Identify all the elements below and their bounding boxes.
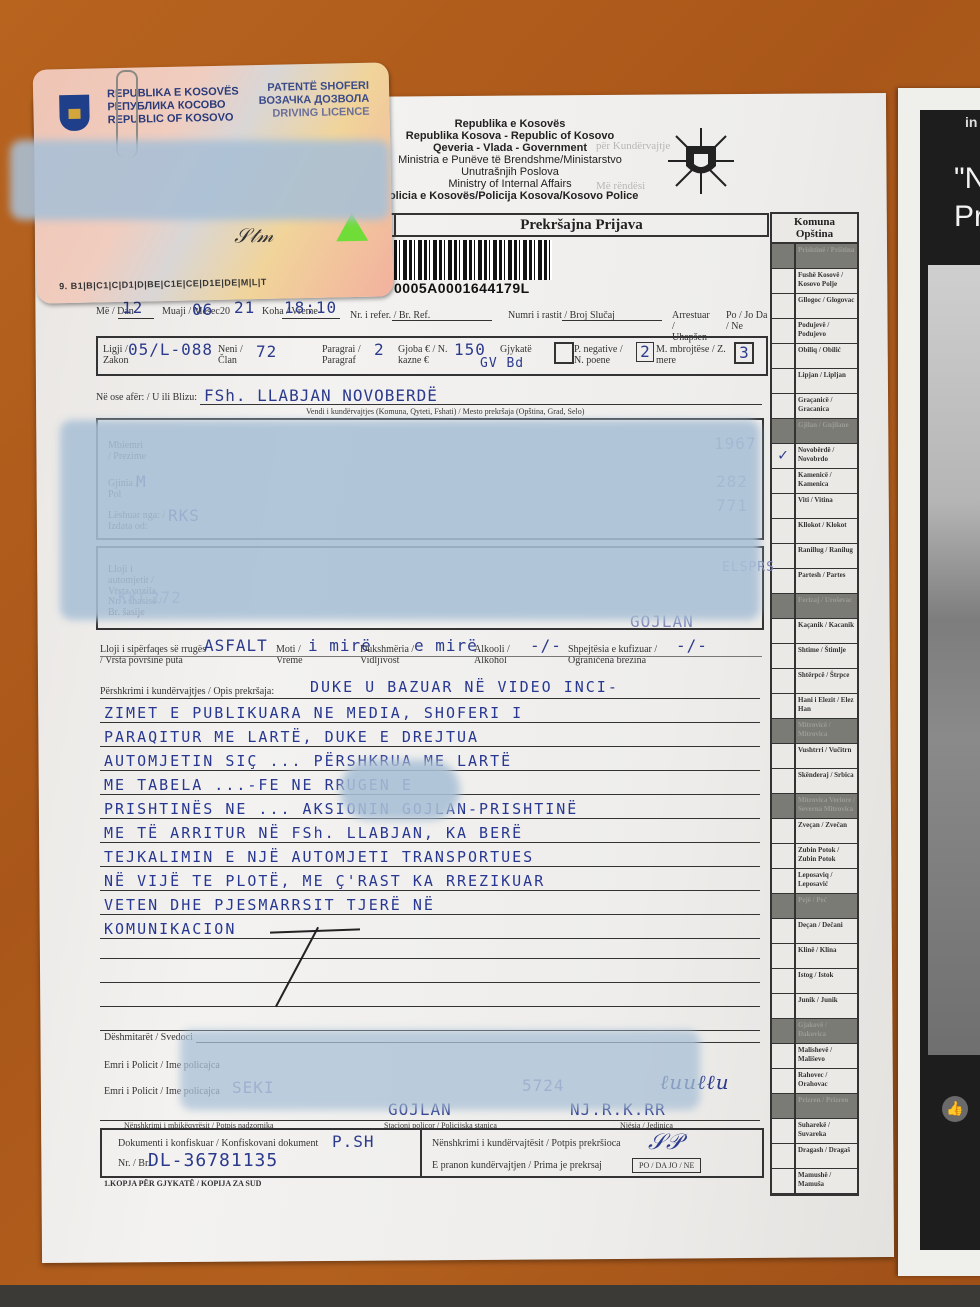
location-value[interactable]: FSh. LLABJAN NOVOBERDË — [204, 386, 438, 405]
description-line: AUTOMJETIN SIÇ ... PËRSHKRUA ME LARTË — [104, 752, 512, 770]
municipality-checkbox[interactable] — [772, 594, 796, 618]
municipality-name: Skënderaj / Srbica — [796, 769, 857, 793]
municipality-row[interactable]: Lipjan / Lipljan — [772, 369, 857, 394]
municipality-name: Graçanicë / Gracanica — [796, 394, 857, 418]
municipality-checkbox[interactable] — [772, 919, 796, 943]
municipality-checkbox[interactable] — [772, 819, 796, 843]
municipality-checkbox[interactable] — [772, 869, 796, 893]
card-title: PATENTË SHOFERI ВОЗАЧКА ДОЗВОЛА DRIVING … — [247, 80, 370, 122]
alcohol-label: Alkooli / Alkohol — [474, 644, 514, 666]
municipality-row[interactable]: Graçanicë / Gracanica — [772, 394, 857, 419]
municipality-checkbox[interactable] — [772, 344, 796, 368]
municipality-checkbox[interactable] — [772, 744, 796, 768]
municipality-row[interactable]: Deçan / Dečani — [772, 919, 857, 944]
municipality-row[interactable]: Pejë / Peć — [772, 894, 857, 919]
municipality-row[interactable]: Mitrovicë / Mitrovica — [772, 719, 857, 744]
municipality-name: Mitrovicë / Mitrovica — [796, 719, 857, 743]
municipality-checkbox[interactable] — [772, 544, 796, 568]
description-line: NË VIJË TE PLOTË, ME Ç'RAST KA RREZIKUAR — [104, 872, 545, 890]
card-signature: 𝒮𝓉𝓂 — [234, 223, 274, 248]
paragraph-value[interactable]: 2 — [374, 340, 385, 359]
arrested-yes-no[interactable]: Po / Jo Da / Ne — [726, 310, 770, 332]
redaction-blur — [60, 420, 760, 620]
licence-categories: 9. B1|B|C1|C|D1|D|BE|C1E|CE|D1E|DE|M|L|T — [59, 277, 267, 291]
municipality-checkbox[interactable] — [772, 1044, 796, 1068]
measures-value[interactable]: 3 — [734, 342, 754, 364]
municipality-name: Suharekë / Suvareka — [796, 1119, 857, 1143]
municipality-name: Fushë Kosovë / Kosovo Polje — [796, 269, 857, 293]
municipality-name: Ranillug / Ranilug — [796, 544, 857, 568]
description-line: VETEN DHE PJESMARRSIT TJERË NË — [104, 896, 435, 914]
municipality-name: Mamushë / Mamuša — [796, 1169, 857, 1193]
municipality-name: Ferizaj / Uroševac — [796, 594, 857, 618]
municipality-checkbox[interactable]: ✓ — [772, 444, 796, 468]
article-value[interactable]: 72 — [256, 342, 277, 361]
side-headline: "N Pr — [954, 160, 980, 236]
redaction-blur — [180, 1030, 700, 1110]
barcode-number: 0005A0001644179L — [394, 280, 530, 296]
municipality-row[interactable]: Klinë / Klina — [772, 944, 857, 969]
municipality-name: Dragash / Dragaš — [796, 1144, 857, 1168]
footer-box: Dokumenti i konfiskuar / Konfiskovani do… — [100, 1128, 764, 1178]
municipality-row[interactable]: Vushtrri / Vučitrn — [772, 744, 857, 769]
municipality-row[interactable]: Kllokot / Klokot — [772, 519, 857, 544]
municipality-row[interactable]: Gjakovë / Đakovica — [772, 1019, 857, 1044]
municipality-row[interactable]: Prishtinë / Priština — [772, 244, 857, 269]
municipality-name: Junik / Junik — [796, 994, 857, 1018]
municipality-row[interactable]: Obiliq / Obilić — [772, 344, 857, 369]
municipality-checkbox[interactable] — [772, 669, 796, 693]
municipality-checkbox[interactable] — [772, 294, 796, 318]
municipality-column: Komuna Opština Prishtinë / PrištinaFushë… — [770, 212, 859, 1196]
location-label: Në ose afër: / U ili Blizu: — [96, 392, 197, 403]
municipality-checkbox[interactable] — [772, 794, 796, 818]
paragraph-label: Paragrai / Paragraf — [322, 344, 368, 366]
surface-value[interactable]: ASFALT — [204, 636, 268, 655]
municipality-checkbox[interactable] — [772, 944, 796, 968]
year-prefix: 20 — [220, 306, 230, 317]
fine-label: Gjoba € / N. kazne € — [398, 344, 452, 366]
municipality-checkbox[interactable] — [772, 1144, 796, 1168]
municipality-name: Viti / Vitina — [796, 494, 857, 518]
barcode-icon — [394, 240, 552, 280]
municipality-checkbox[interactable] — [772, 269, 796, 293]
municipality-row[interactable]: Zveçan / Zvečan — [772, 819, 857, 844]
municipality-checkbox[interactable] — [772, 619, 796, 643]
form-title: Prekršajna Prijava — [396, 215, 767, 235]
speed-limit-label: Shpejtësia e kufizuar / Ograničena brezi… — [568, 644, 664, 666]
kosovo-police-emblem-icon — [666, 126, 736, 196]
municipality-row[interactable]: Dragash / Dragaš — [772, 1144, 857, 1169]
municipality-name: Zubin Potok / Zubin Potok — [796, 844, 857, 868]
municipality-checkbox[interactable] — [772, 369, 796, 393]
description-line: TEJKALIMIN E NJË AUTOMJETI TRANSPORTUES — [104, 848, 534, 866]
municipality-name: Kllokot / Klokot — [796, 519, 857, 543]
kosovo-emblem-icon — [59, 95, 90, 132]
description-label: Përshkrimi i kundërvajtjes / Opis prekrš… — [100, 686, 274, 697]
municipality-name: Leposaviq / Leposavić — [796, 869, 857, 893]
municipality-row[interactable]: Ranillug / Ranilug — [772, 544, 857, 569]
measures-label: M. mbrojtëse / Z. mere — [656, 344, 726, 366]
municipality-row[interactable]: Skënderaj / Srbica — [772, 769, 857, 794]
municipality-row[interactable]: Podujevë / Podujevo — [772, 319, 857, 344]
municipality-row[interactable]: Kaçanik / Kacanik — [772, 619, 857, 644]
offender-signature: 𝒮𝒫 — [648, 1130, 683, 1155]
header-line: Ministria e Punëve të Brendshme/Ministar… — [380, 154, 640, 178]
municipality-checkbox[interactable] — [772, 394, 796, 418]
confiscated-doc-value[interactable]: P.SH — [332, 1132, 375, 1151]
month-value[interactable]: 06 — [192, 300, 213, 319]
municipality-row[interactable]: Junik / Junik — [772, 994, 857, 1019]
municipality-name: Malishevë / Mališevo — [796, 1044, 857, 1068]
municipality-checkbox[interactable] — [772, 244, 796, 268]
municipality-name: Hani i Elezit / Elez Han — [796, 694, 857, 718]
municipality-row[interactable]: Mamushë / Mamuša — [772, 1169, 857, 1194]
description-line: PARAQITUR ME LARTË, DUKE E DREJTUA — [104, 728, 479, 746]
municipality-name: Pejë / Peć — [796, 894, 857, 918]
municipality-row[interactable]: Leposaviq / Leposavić — [772, 869, 857, 894]
municipality-name: Prishtinë / Priština — [796, 244, 857, 268]
backprint-text: Më rëndësi — [596, 180, 645, 192]
municipality-checkbox[interactable] — [772, 494, 796, 518]
article-label: Neni / Član — [218, 344, 244, 366]
speed-limit-value[interactable]: -/- — [676, 636, 708, 655]
municipality-name: Klinë / Klina — [796, 944, 857, 968]
redaction-blur — [10, 140, 390, 220]
municipality-name: Deçan / Dečani — [796, 919, 857, 943]
municipality-checkbox[interactable] — [772, 844, 796, 868]
municipality-checkbox[interactable] — [772, 1119, 796, 1143]
municipality-checkbox[interactable] — [772, 1019, 796, 1043]
municipality-checkbox[interactable] — [772, 719, 796, 743]
law-value[interactable]: 05/L-088 — [128, 340, 213, 359]
municipality-row[interactable]: Shtime / Štimlje — [772, 644, 857, 669]
municipality-name: Prizren / Prizren — [796, 1094, 857, 1118]
location-sublabel: Vendi i kundërvajtjes (Komuna, Qyteti, F… — [306, 406, 584, 417]
negative-points-label: P. negative / N. poene — [574, 344, 632, 366]
weather-label: Moti / Vreme — [276, 644, 306, 666]
municipality-name: Lipjan / Lipljan — [796, 369, 857, 393]
municipality-row[interactable]: Hani i Elezit / Elez Han — [772, 694, 857, 719]
backprint-text: për Kundërvajtje — [596, 140, 670, 152]
doc-number-value[interactable]: DL-36781135 — [148, 1150, 278, 1171]
municipality-checkbox[interactable] — [772, 1069, 796, 1093]
municipality-name: Partesh / Partes — [796, 569, 857, 593]
copy-note: 1.KOPJA PËR GJYKATË / KOPIJA ZA SUD — [104, 1178, 261, 1189]
municipality-name: Gjakovë / Đakovica — [796, 1019, 857, 1043]
municipality-checkbox[interactable] — [772, 1169, 796, 1193]
municipality-row[interactable]: ✓Novobërdë / Novobrdo — [772, 444, 857, 469]
redaction-blur — [340, 760, 460, 820]
municipality-name: Shtime / Štimlje — [796, 644, 857, 668]
municipality-row[interactable]: Ferizaj / Uroševac — [772, 594, 857, 619]
description-line: ZIMET E PUBLIKUARA NE MEDIA, SHOFERI I — [104, 704, 523, 722]
municipality-name: Gllogoc / Glogovac — [796, 294, 857, 318]
municipality-checkbox[interactable] — [772, 569, 796, 593]
municipality-header: Komuna Opština — [772, 214, 857, 244]
alcohol-value[interactable]: -/- — [530, 636, 562, 655]
table-edge — [0, 1285, 980, 1307]
accepts-options[interactable]: PO / DA JO / NE — [632, 1158, 701, 1173]
year-value[interactable]: 21 — [234, 298, 255, 317]
municipality-name: Novobërdë / Novobrdo — [796, 444, 857, 468]
municipality-row[interactable]: Viti / Vitina — [772, 494, 857, 519]
municipality-row[interactable]: Mitrovica Veriore / Severna Mitrovica — [772, 794, 857, 819]
municipality-row[interactable]: Malishevë / Mališevo — [772, 1044, 857, 1069]
municipality-row[interactable]: Kamenicë / Kamenica — [772, 469, 857, 494]
description-line: KOMUNIKACION — [104, 920, 236, 938]
municipality-name: Podujevë / Podujevo — [796, 319, 857, 343]
side-top-text: in — [965, 114, 977, 130]
municipality-checkbox[interactable] — [772, 644, 796, 668]
municipality-name: Kaçanik / Kacanik — [796, 619, 857, 643]
municipality-checkbox[interactable] — [772, 419, 796, 443]
municipality-name: Rahovec / Orahovac — [796, 1069, 857, 1093]
description-line: PRISHTINËS NE ... AKSIONIN GOJLAN-PRISHT… — [104, 800, 578, 818]
municipality-name: Kamenicë / Kamenica — [796, 469, 857, 493]
municipality-name: Istog / Istok — [796, 969, 857, 993]
municipality-checkbox[interactable] — [772, 969, 796, 993]
municipality-checkbox[interactable] — [772, 1094, 796, 1118]
description-line: DUKE U BAZUAR NË VIDEO INCI- — [310, 678, 619, 696]
offender-signature-label: Nënshkrimi i kundërvajtësit / Potpis pre… — [432, 1138, 621, 1149]
visibility-value[interactable]: e mirë — [414, 636, 478, 655]
negative-points-value[interactable]: 2 — [636, 342, 654, 362]
time-value[interactable]: 18:10 — [284, 298, 337, 317]
municipality-name: Zveçan / Zvečan — [796, 819, 857, 843]
accepts-label: E pranon kundërvajtjen / Prima je prekrs… — [432, 1160, 602, 1171]
thumbs-up-icon: 👍 — [942, 1096, 968, 1122]
municipality-name: Mitrovica Veriore / Severna Mitrovica — [796, 794, 857, 818]
municipality-checkbox[interactable] — [772, 894, 796, 918]
doc-number-label: Nr. / Br. — [118, 1158, 150, 1169]
municipality-row[interactable]: Prizren / Prizren — [772, 1094, 857, 1119]
municipality-checkbox[interactable] — [772, 519, 796, 543]
municipality-row[interactable]: Gllogoc / Glogovac — [772, 294, 857, 319]
visibility-label: Dukshmëria / Vidljivost — [360, 644, 416, 666]
municipality-checkbox[interactable] — [772, 319, 796, 343]
municipality-name: Vushtrri / Vučitrn — [796, 744, 857, 768]
municipality-checkbox[interactable] — [772, 769, 796, 793]
municipality-row[interactable]: Shtërpcë / Štrpce — [772, 669, 857, 694]
municipality-row[interactable]: Zubin Potok / Zubin Potok — [772, 844, 857, 869]
municipality-name: Obiliq / Obilić — [796, 344, 857, 368]
municipality-name: Shtërpcë / Štrpce — [796, 669, 857, 693]
form-title-bar: Prekršajna Prijava — [330, 213, 769, 237]
description-line: ME TË ARRITUR NË FSh. LLABJAN, KA BERË — [104, 824, 523, 842]
court-label: Gjykatë — [500, 344, 532, 355]
municipality-checkbox[interactable] — [772, 469, 796, 493]
municipality-checkbox[interactable] — [772, 994, 796, 1018]
fine-note: GV Bd — [480, 356, 524, 371]
confiscated-doc-label: Dokumenti i konfiskuar / Konfiskovani do… — [118, 1138, 318, 1149]
municipality-name: Gjilan / Gnjilane — [796, 419, 857, 443]
municipality-row[interactable]: Fushë Kosovë / Kosovo Polje — [772, 269, 857, 294]
municipality-row[interactable]: Partesh / Partes — [772, 569, 857, 594]
municipality-row[interactable]: Gjilan / Gnjilane — [772, 419, 857, 444]
municipality-checkbox[interactable] — [772, 694, 796, 718]
municipality-row[interactable]: Suharekë / Suvareka — [772, 1119, 857, 1144]
side-photo — [928, 265, 980, 1055]
municipality-row[interactable]: Rahovec / Orahovac — [772, 1069, 857, 1094]
negative-points-empty-box[interactable] — [554, 342, 574, 364]
surface-label: Lloji i sipërfaqes së rrugës / Vrsta pov… — [100, 644, 210, 666]
header-line: Republika e Kosovës — [380, 118, 640, 130]
municipality-row[interactable]: Istog / Istok — [772, 969, 857, 994]
